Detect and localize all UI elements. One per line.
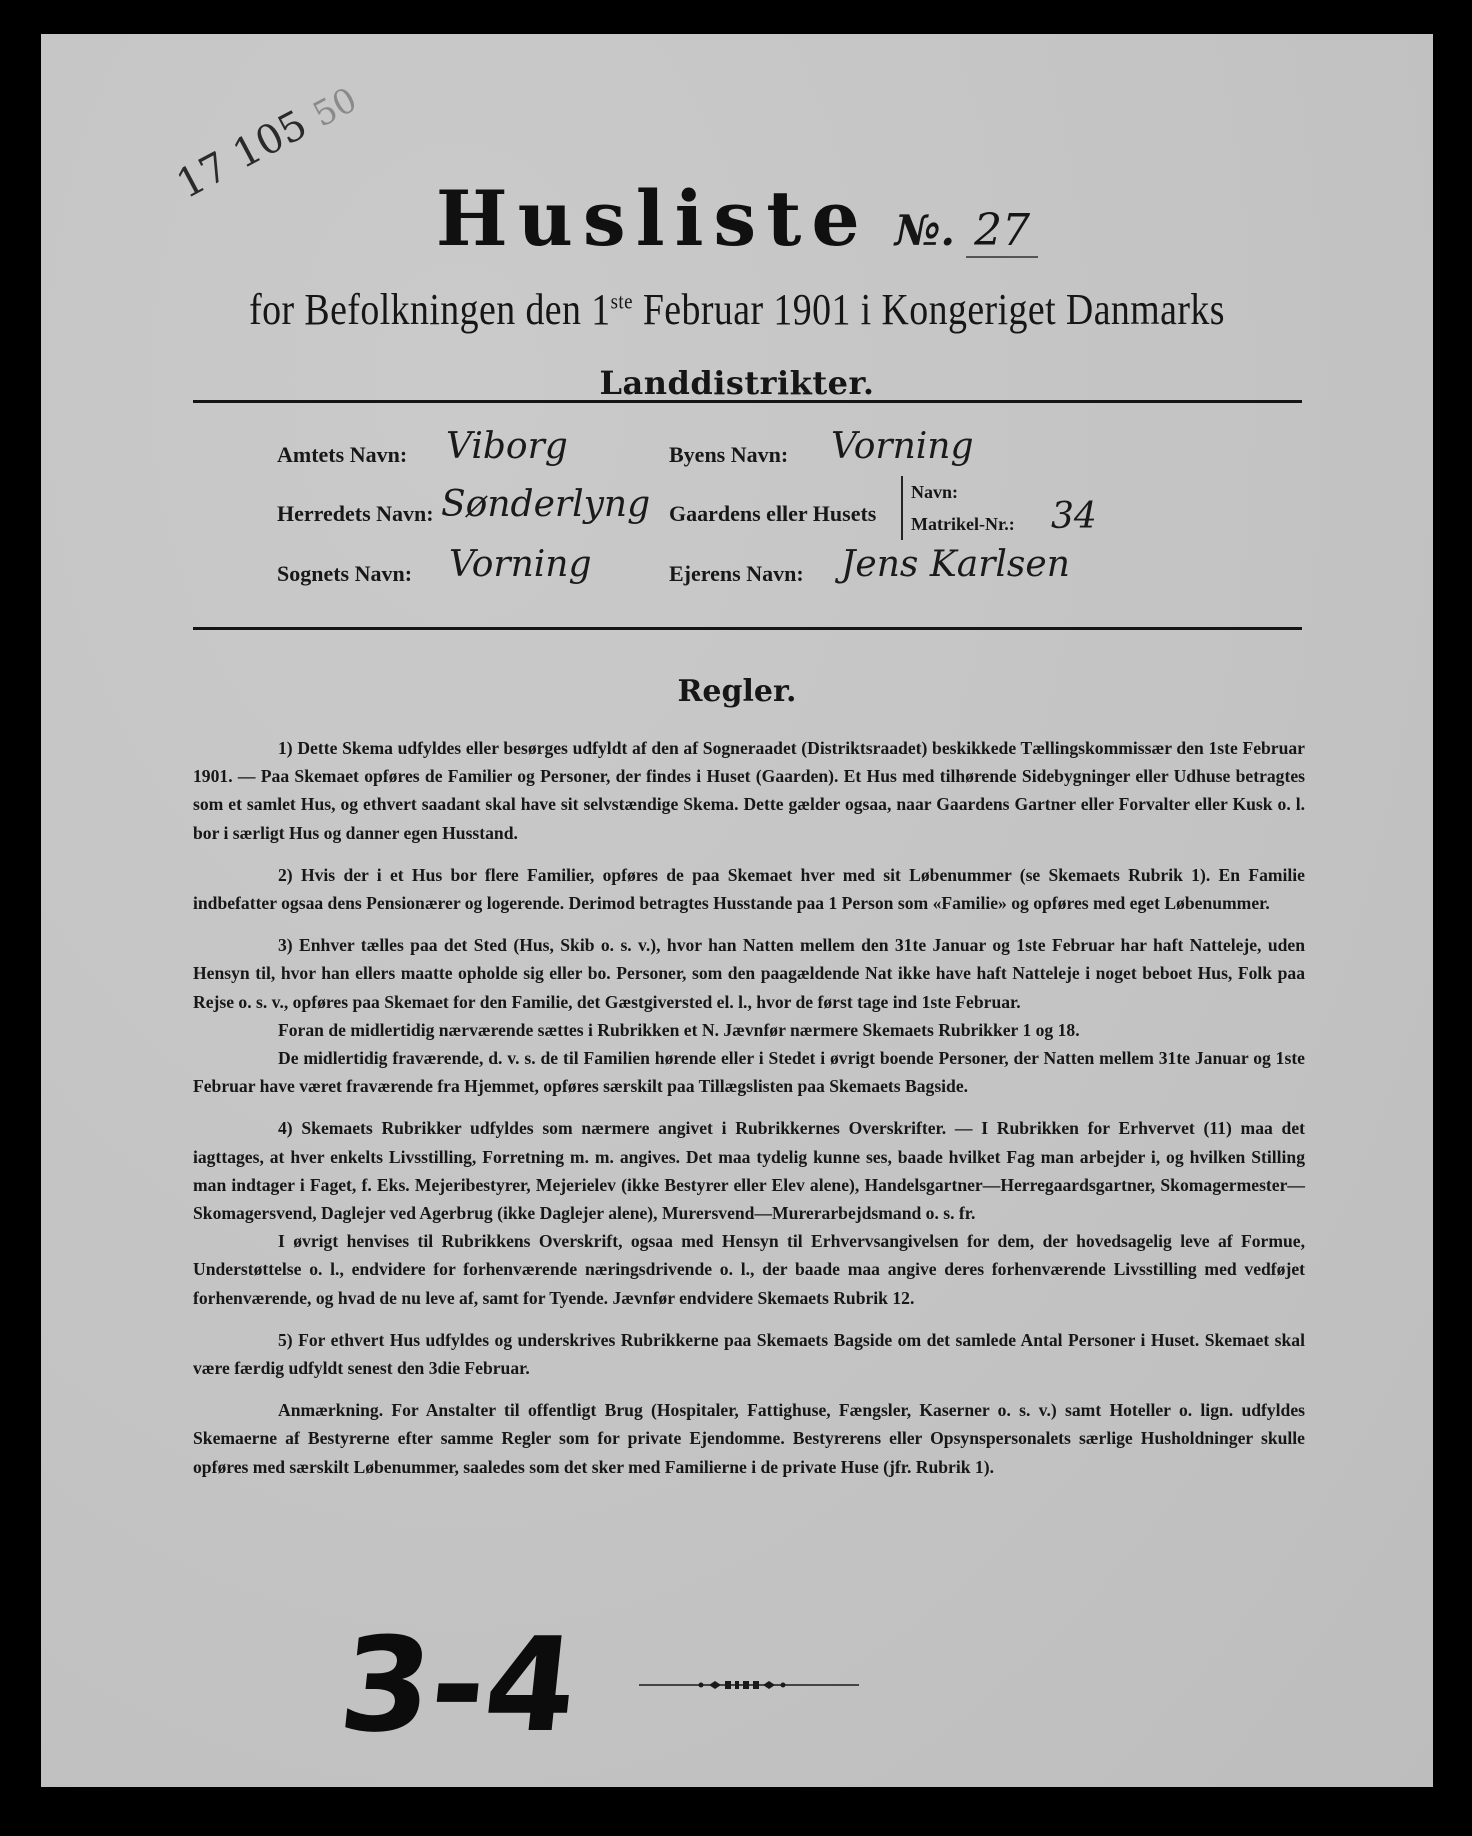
gaard-brace-group: Navn: Matrikel-Nr.: (901, 476, 1015, 540)
subtitle-sup: ste (611, 288, 633, 313)
rule-3: 3) Enhver tælles paa det Sted (Hus, Skib… (193, 931, 1305, 1016)
rule-note: Anmærkning. For Anstalter til offentligt… (193, 1396, 1305, 1481)
ornament-divider (639, 1679, 859, 1691)
form-title-row: Husliste №. 27 (41, 174, 1433, 263)
subtitle-pre: for Befolkningen den 1 (249, 285, 610, 334)
ejer-label: Ejerens Navn: (669, 561, 804, 587)
herred-label: Herredets Navn: (277, 501, 434, 527)
subtitle-post: Februar 1901 i Kongeriget Danmarks (633, 285, 1225, 334)
gaard-label: Gaardens eller Husets (669, 501, 876, 527)
form-title: Husliste (436, 174, 870, 263)
divider-top (193, 400, 1302, 403)
rules-body: 1) Dette Skema udfyldes eller besørges u… (193, 734, 1305, 1495)
rule-4-cont: I øvrigt henvises til Rubrikkens Overskr… (193, 1227, 1305, 1312)
rule-4: 4) Skemaets Rubrikker udfyldes som nærme… (193, 1114, 1305, 1227)
rule-3-note-n: Foran de midlertidig nærværende sættes i… (193, 1016, 1305, 1044)
rules-heading: Regler. (41, 674, 1433, 709)
divider-bottom (193, 627, 1302, 630)
census-form-page: 17 105 50 Husliste №. 27 for Befolkninge… (41, 34, 1433, 1787)
sogn-label: Sognets Navn: (277, 561, 412, 587)
number-sign: №. (895, 206, 955, 255)
house-list-number: 27 (966, 205, 1038, 258)
rule-2: 2) Hvis der i et Hus bor flere Familier,… (193, 861, 1305, 917)
rule-1: 1) Dette Skema udfyldes eller besørges u… (193, 734, 1305, 847)
district-heading: Landdistrikter. (41, 364, 1433, 402)
sogn-value: Vorning (449, 544, 592, 585)
handwritten-annotation: 3-4 (333, 1609, 584, 1761)
amt-value: Viborg (446, 426, 568, 467)
by-value: Vorning (831, 426, 974, 467)
rule-3-absent: De midlertidig fraværende, d. v. s. de t… (193, 1044, 1305, 1100)
herred-value: Sønderlyng (441, 484, 650, 525)
amt-label: Amtets Navn: (277, 442, 407, 468)
matrikel-value: 34 (1051, 496, 1097, 537)
rule-5: 5) For ethvert Hus udfyldes og underskri… (193, 1326, 1305, 1382)
form-subtitle: for Befolkningen den 1ste Februar 1901 i… (138, 284, 1335, 335)
ejer-value: Jens Karlsen (841, 544, 1070, 585)
stamp-faint-suffix: 50 (307, 80, 364, 136)
matrikel-label: Matrikel-Nr.: (911, 514, 1015, 534)
gaard-navn-label: Navn: (911, 482, 958, 502)
by-label: Byens Navn: (669, 442, 788, 468)
note-label: Anmærkning. (278, 1400, 383, 1420)
